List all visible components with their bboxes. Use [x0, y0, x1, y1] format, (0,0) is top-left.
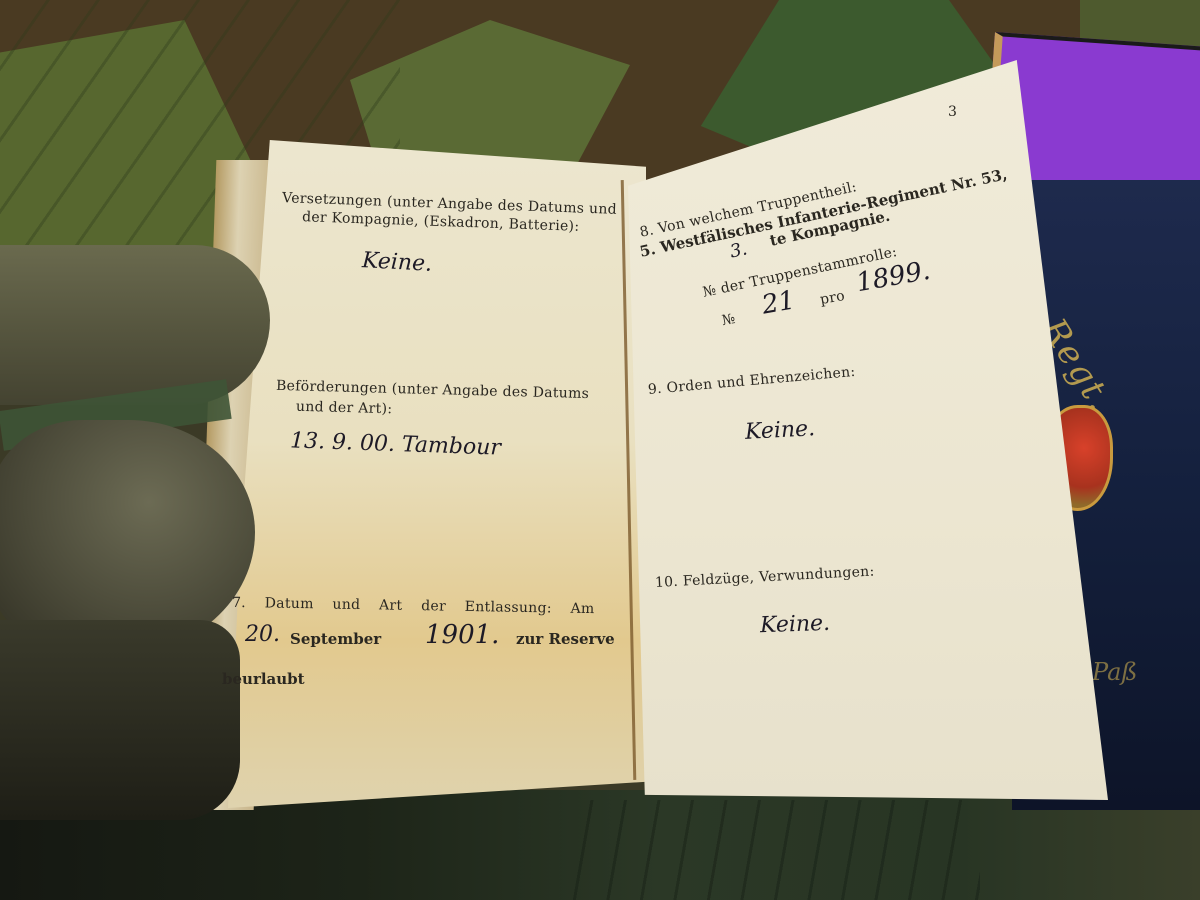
roll-number: 21	[760, 285, 798, 320]
glove-palm	[0, 620, 240, 820]
page-number: 3	[948, 104, 957, 120]
roll-prefix: №	[721, 311, 737, 329]
cover-pass-text: Paß	[1092, 658, 1137, 686]
discharge-month: September	[290, 630, 381, 648]
promotions-label: und der Art):	[296, 399, 393, 418]
discharge-reserve: zur Reserve	[516, 630, 615, 648]
decorations-entry: Keine.	[744, 416, 815, 445]
discharge-end: beurlaubt	[222, 670, 305, 688]
transfers-entry: Keine.	[361, 248, 432, 277]
campaigns-entry: Keine.	[760, 611, 831, 638]
discharge-day: 20.	[245, 622, 280, 647]
glove-fingers	[0, 245, 270, 405]
discharge-year: 1901.	[425, 620, 499, 650]
camouflage-rain-stripes	[560, 800, 980, 900]
photo-scene: -Regt. Paß Versetzungen (unter Angabe de…	[0, 0, 1200, 900]
left-page	[228, 140, 646, 808]
